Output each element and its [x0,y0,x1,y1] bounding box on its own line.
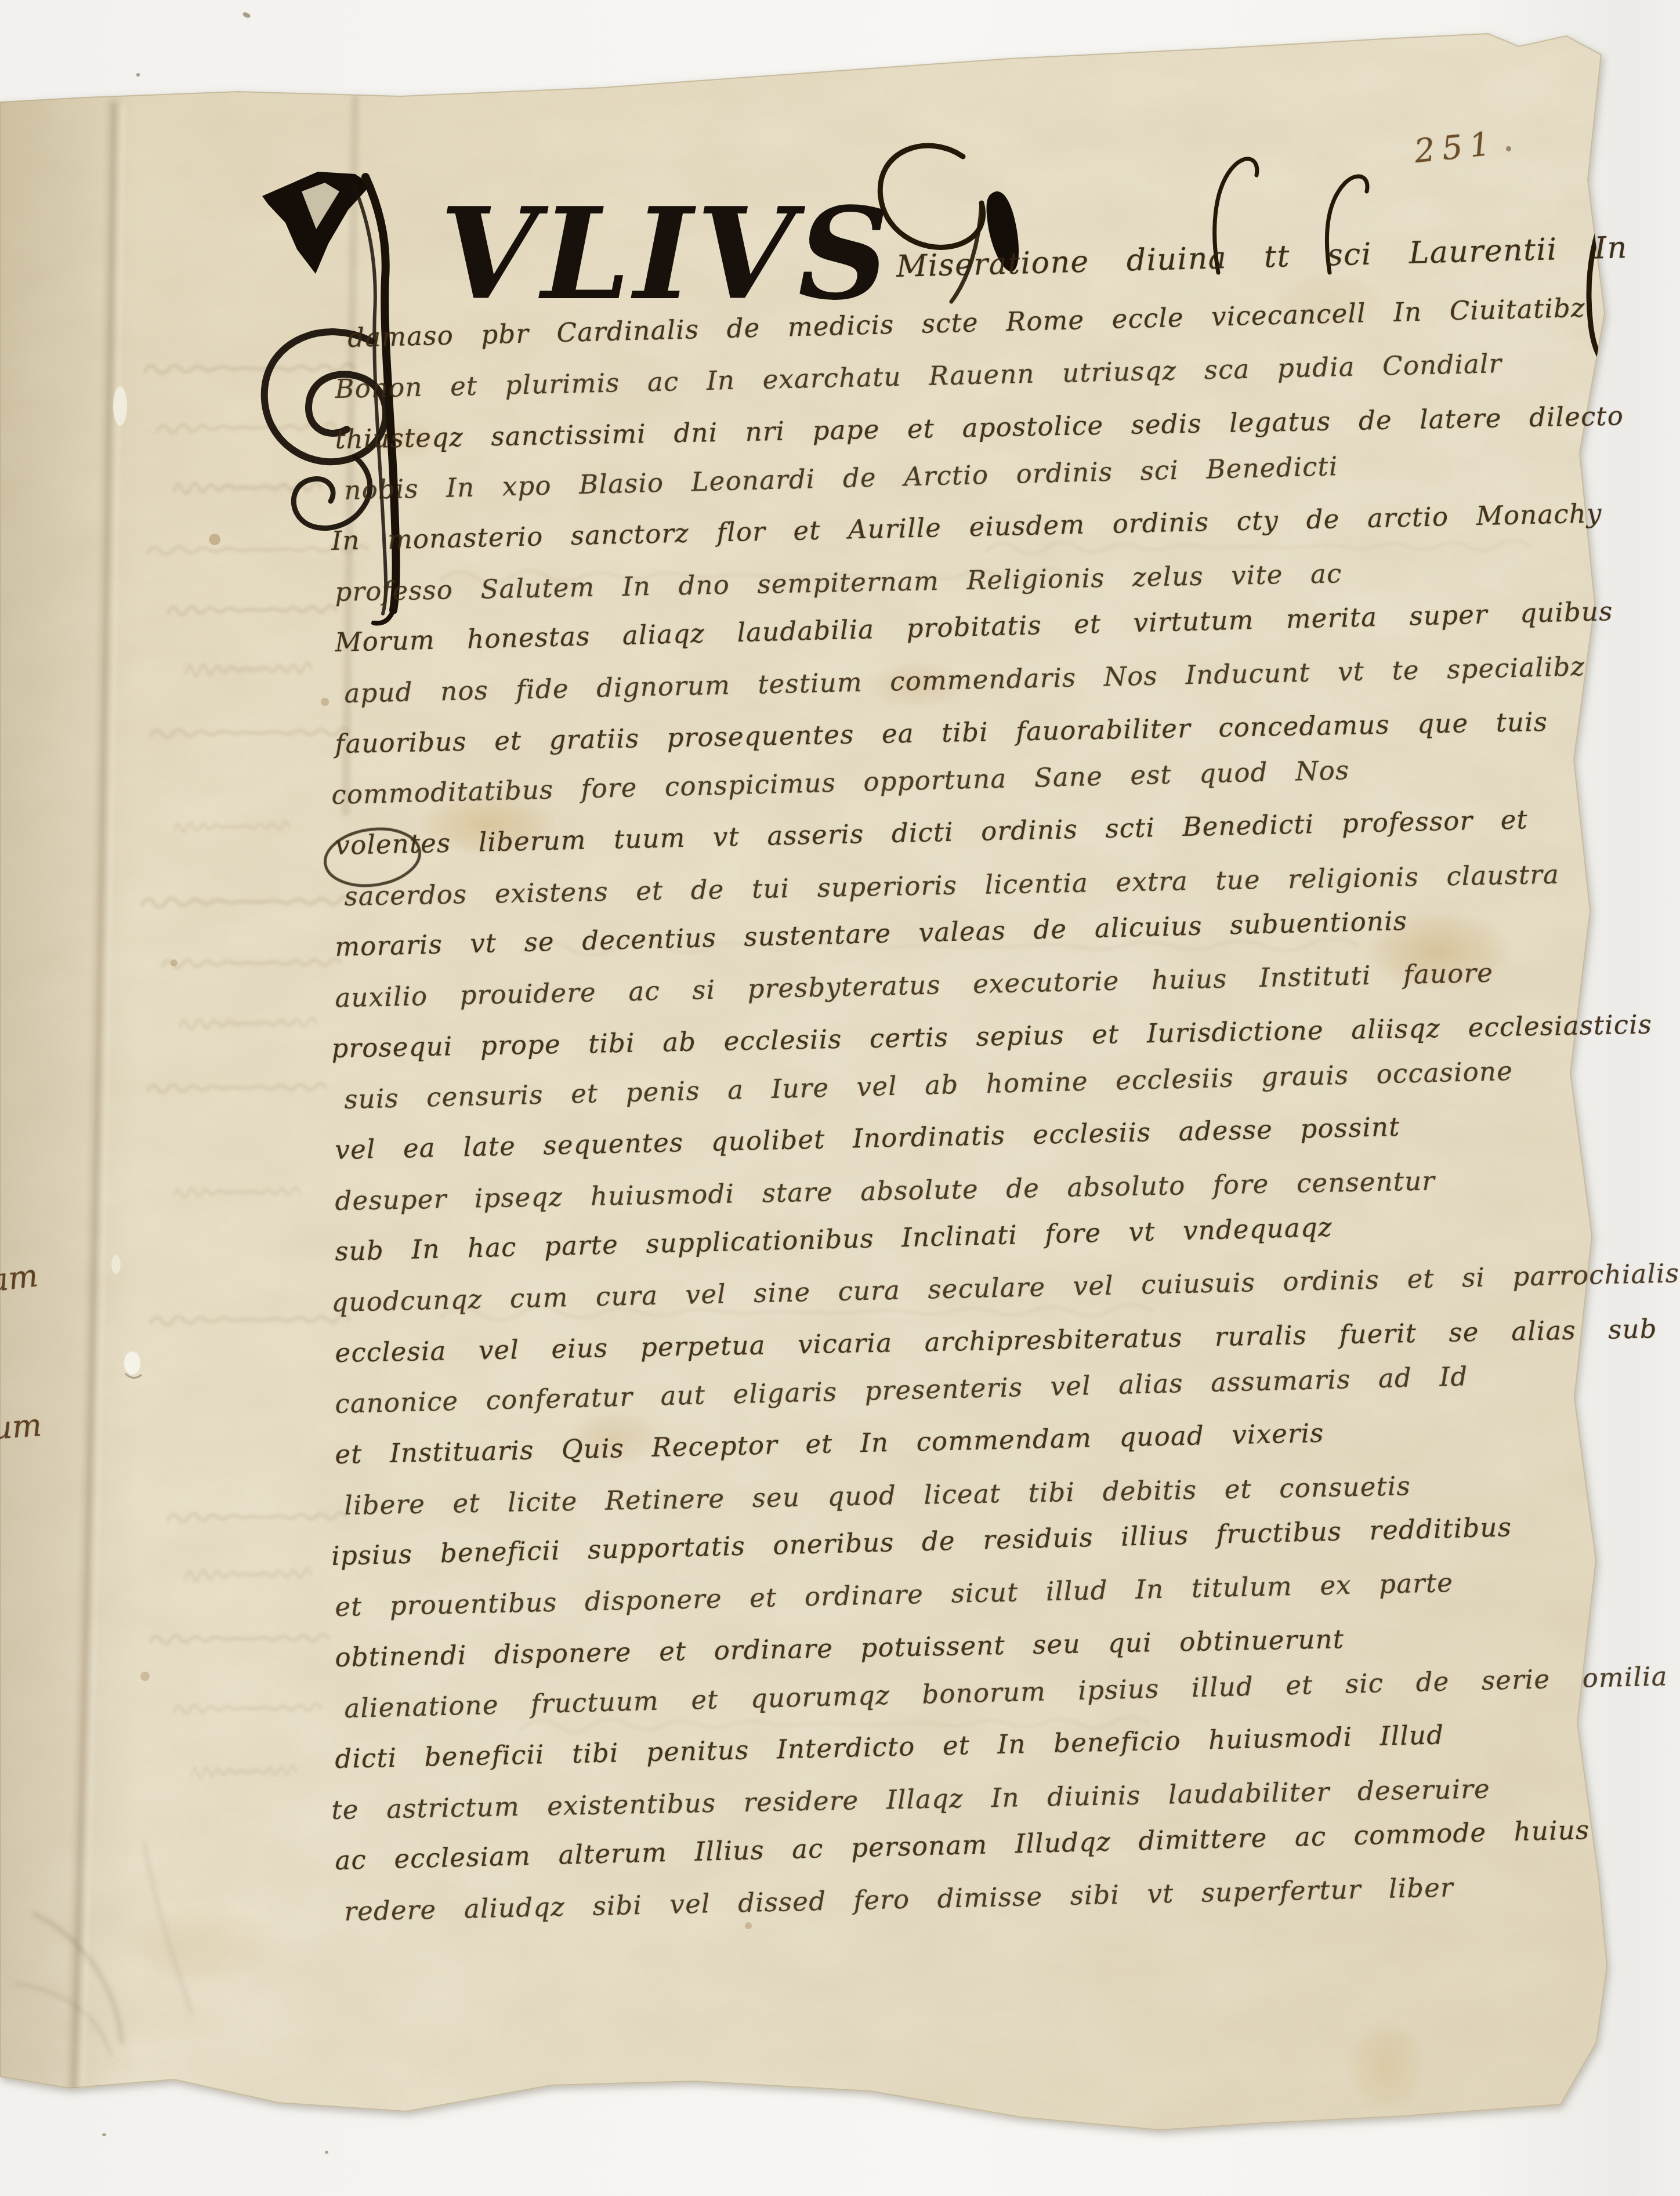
title-letters: VLIVS [440,180,893,328]
margin-fragment: um [0,1407,43,1447]
margin-fragment: am [0,1257,40,1299]
manuscript-scan: VLIVS 251 Miseratione diuina tt sci Laur… [0,0,1680,2196]
manuscript-body: damaso pbr Cardinalis de medicis scte Ro… [335,322,1612,1947]
ink-speck [1506,146,1511,151]
dust-speck [325,2151,328,2154]
dust-speck [136,73,140,77]
dust-speck [102,2133,106,2136]
